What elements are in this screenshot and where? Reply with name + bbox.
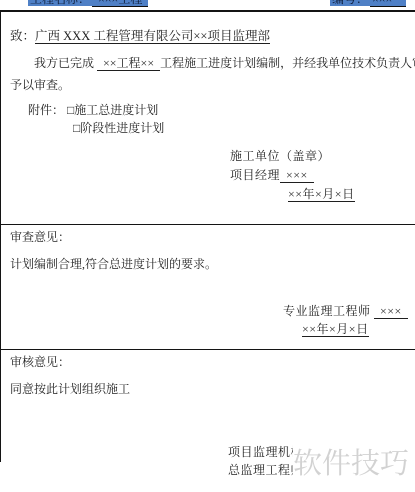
attachment-item-label: 阶段性进度计划 (80, 121, 164, 135)
header-project-field: 工程名称：×××工程 (28, 0, 148, 7)
chief-engineer-line: 总监理工程师 (228, 464, 303, 478)
review-engineer-line: 专业监理工程师 ××× (283, 305, 408, 319)
request-line-2: 予以审查。 (10, 79, 70, 93)
project-name-label: 工程名称： (28, 0, 92, 6)
request-blank-value: ××工程×× (97, 56, 160, 71)
review-comment: 计划编制合理,符合总进度计划的要求。 (10, 258, 217, 272)
review-date-line: ××年×月×日 (302, 323, 369, 337)
audit-comment: 同意按此计划组织施工 (10, 383, 130, 397)
attachment-row-2: □阶段性进度计划 (73, 122, 164, 136)
request-suffix: 工程施工进度计划编制，并经我单位技术负责人审查批准，请 (160, 56, 415, 70)
to-line: 致：广西 XXX 工程管理有限公司××项目监理部 (10, 29, 270, 43)
contractor-unit-line: 施工单位（盖章） (230, 150, 330, 164)
request-line-1: 我方已完成 ××工程××工程施工进度计划编制，并经我单位技术负责人审查批准，请 (10, 57, 415, 71)
to-label: 致： (10, 29, 35, 43)
audit-section-title: 审核意见： (10, 356, 70, 370)
header-divider-line (0, 10, 415, 12)
doc-number-label: 编号： (330, 0, 370, 6)
supervision-org-line: 项目监理机构 (228, 446, 303, 460)
attachment-item-label: 施工总进度计划 (74, 103, 158, 117)
attachment-row-1: 附件： □施工总进度计划 (28, 104, 158, 118)
contractor-date-value: ××年×月×日 (288, 187, 355, 202)
review-section-divider (0, 224, 415, 225)
document-page: 工程名称：×××工程 编号：××× 致：广西 XXX 工程管理有限公司××项目监… (0, 0, 415, 492)
review-section-title: 审查意见： (10, 231, 70, 245)
doc-number-value: ××× (370, 0, 406, 7)
contractor-date-line: ××年×月×日 (288, 188, 355, 202)
table-left-border (0, 10, 1, 462)
watermark-overlay: 软件技巧 (293, 437, 415, 492)
project-manager-label: 项目经理 (230, 168, 280, 182)
to-value: 广西 XXX 工程管理有限公司××项目监理部 (35, 29, 270, 44)
header-number-field: 编号：××× (330, 0, 406, 7)
attachment-label: 附件： (28, 103, 64, 117)
supervising-engineer-value: ××× (374, 304, 408, 319)
contractor-manager-line: 项目经理××× (230, 169, 314, 183)
project-name-value: ×××工程 (92, 0, 148, 7)
project-manager-value: ××× (280, 168, 314, 183)
supervising-engineer-label: 专业监理工程师 (283, 304, 371, 318)
review-date-value: ××年×月×日 (302, 322, 369, 337)
request-prefix: 我方已完成 (10, 56, 97, 70)
watermark-text: 软件技巧 (293, 448, 409, 481)
audit-section-divider (0, 349, 415, 350)
